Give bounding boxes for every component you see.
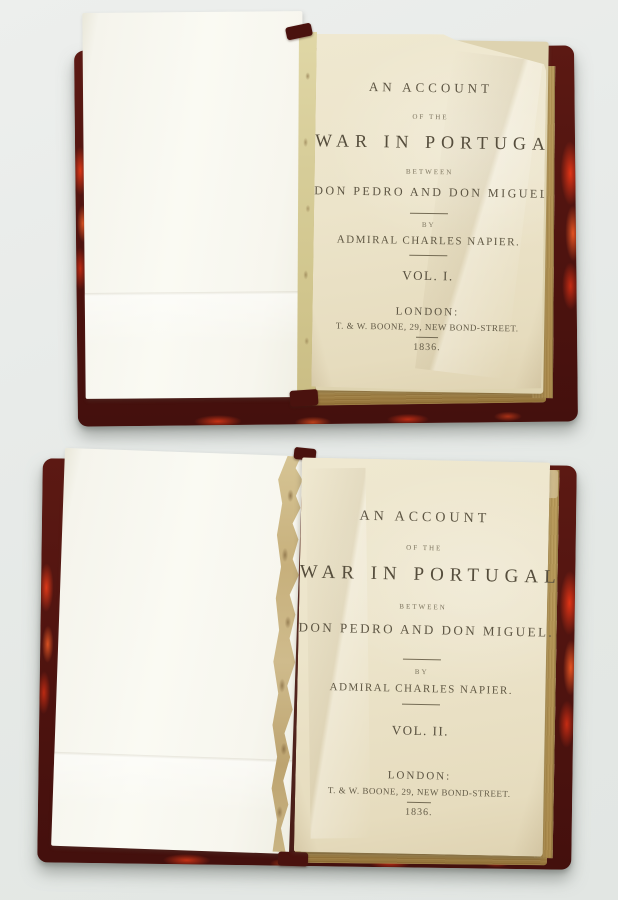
half-title-text: AN ACCOUNT: [316, 78, 546, 98]
spine-tail: [278, 851, 308, 866]
book-volume-1: AN ACCOUNT OF THE WAR IN PORTUGAL BETWEE…: [0, 0, 618, 450]
separator-rule: [410, 213, 448, 215]
by-text: BY: [298, 665, 546, 678]
half-title-text: AN ACCOUNT: [301, 507, 549, 528]
of-the-text: OF THE: [300, 541, 548, 554]
imprint-publisher: T. & W. BOONE, 29, NEW BOND-STREET.: [312, 320, 542, 334]
separator-rule: [403, 659, 441, 661]
imprint-publisher: T. & W. BOONE, 29, NEW BOND-STREET.: [295, 784, 543, 799]
volume-label: VOL. II.: [296, 720, 544, 741]
subjects-text: DON PEDRO AND DON MIGUEL.: [298, 619, 546, 640]
page-crease: [53, 752, 293, 814]
blank-endpaper-page: [82, 11, 305, 399]
imprint-city: LONDON:: [295, 767, 543, 784]
separator-rule: [407, 802, 431, 804]
spine-tail: [289, 389, 318, 407]
title-text-block: AN ACCOUNT OF THE WAR IN PORTUGAL BETWEE…: [295, 457, 550, 820]
between-text: BETWEEN: [299, 600, 547, 613]
between-text: BETWEEN: [315, 166, 545, 178]
author-text: ADMIRAL CHARLES NAPIER.: [297, 680, 545, 697]
main-title-text: WAR IN PORTUGAL: [300, 561, 548, 588]
blank-endpaper-page: [51, 448, 303, 854]
main-title-text: WAR IN PORTUGAL: [315, 130, 545, 155]
separator-rule: [416, 337, 438, 338]
author-text: ADMIRAL CHARLES NAPIER.: [313, 233, 543, 249]
title-text-block: AN ACCOUNT OF THE WAR IN PORTUGAL BETWEE…: [312, 32, 547, 355]
subjects-text: DON PEDRO AND DON MIGUEL.: [314, 183, 544, 202]
of-the-text: OF THE: [315, 111, 545, 123]
book-volume-2: AN ACCOUNT OF THE WAR IN PORTUGAL BETWEE…: [0, 440, 618, 900]
by-text: BY: [314, 219, 544, 231]
page-crease: [85, 291, 305, 347]
separator-rule: [402, 704, 440, 706]
volume-label: VOL. I.: [313, 266, 543, 286]
imprint-year: 1836.: [312, 340, 542, 355]
separator-rule: [409, 255, 447, 257]
imprint-city: LONDON:: [312, 304, 542, 320]
title-page-volume-1: AN ACCOUNT OF THE WAR IN PORTUGAL BETWEE…: [311, 32, 547, 392]
title-page-volume-2: AN ACCOUNT OF THE WAR IN PORTUGAL BETWEE…: [294, 457, 550, 856]
